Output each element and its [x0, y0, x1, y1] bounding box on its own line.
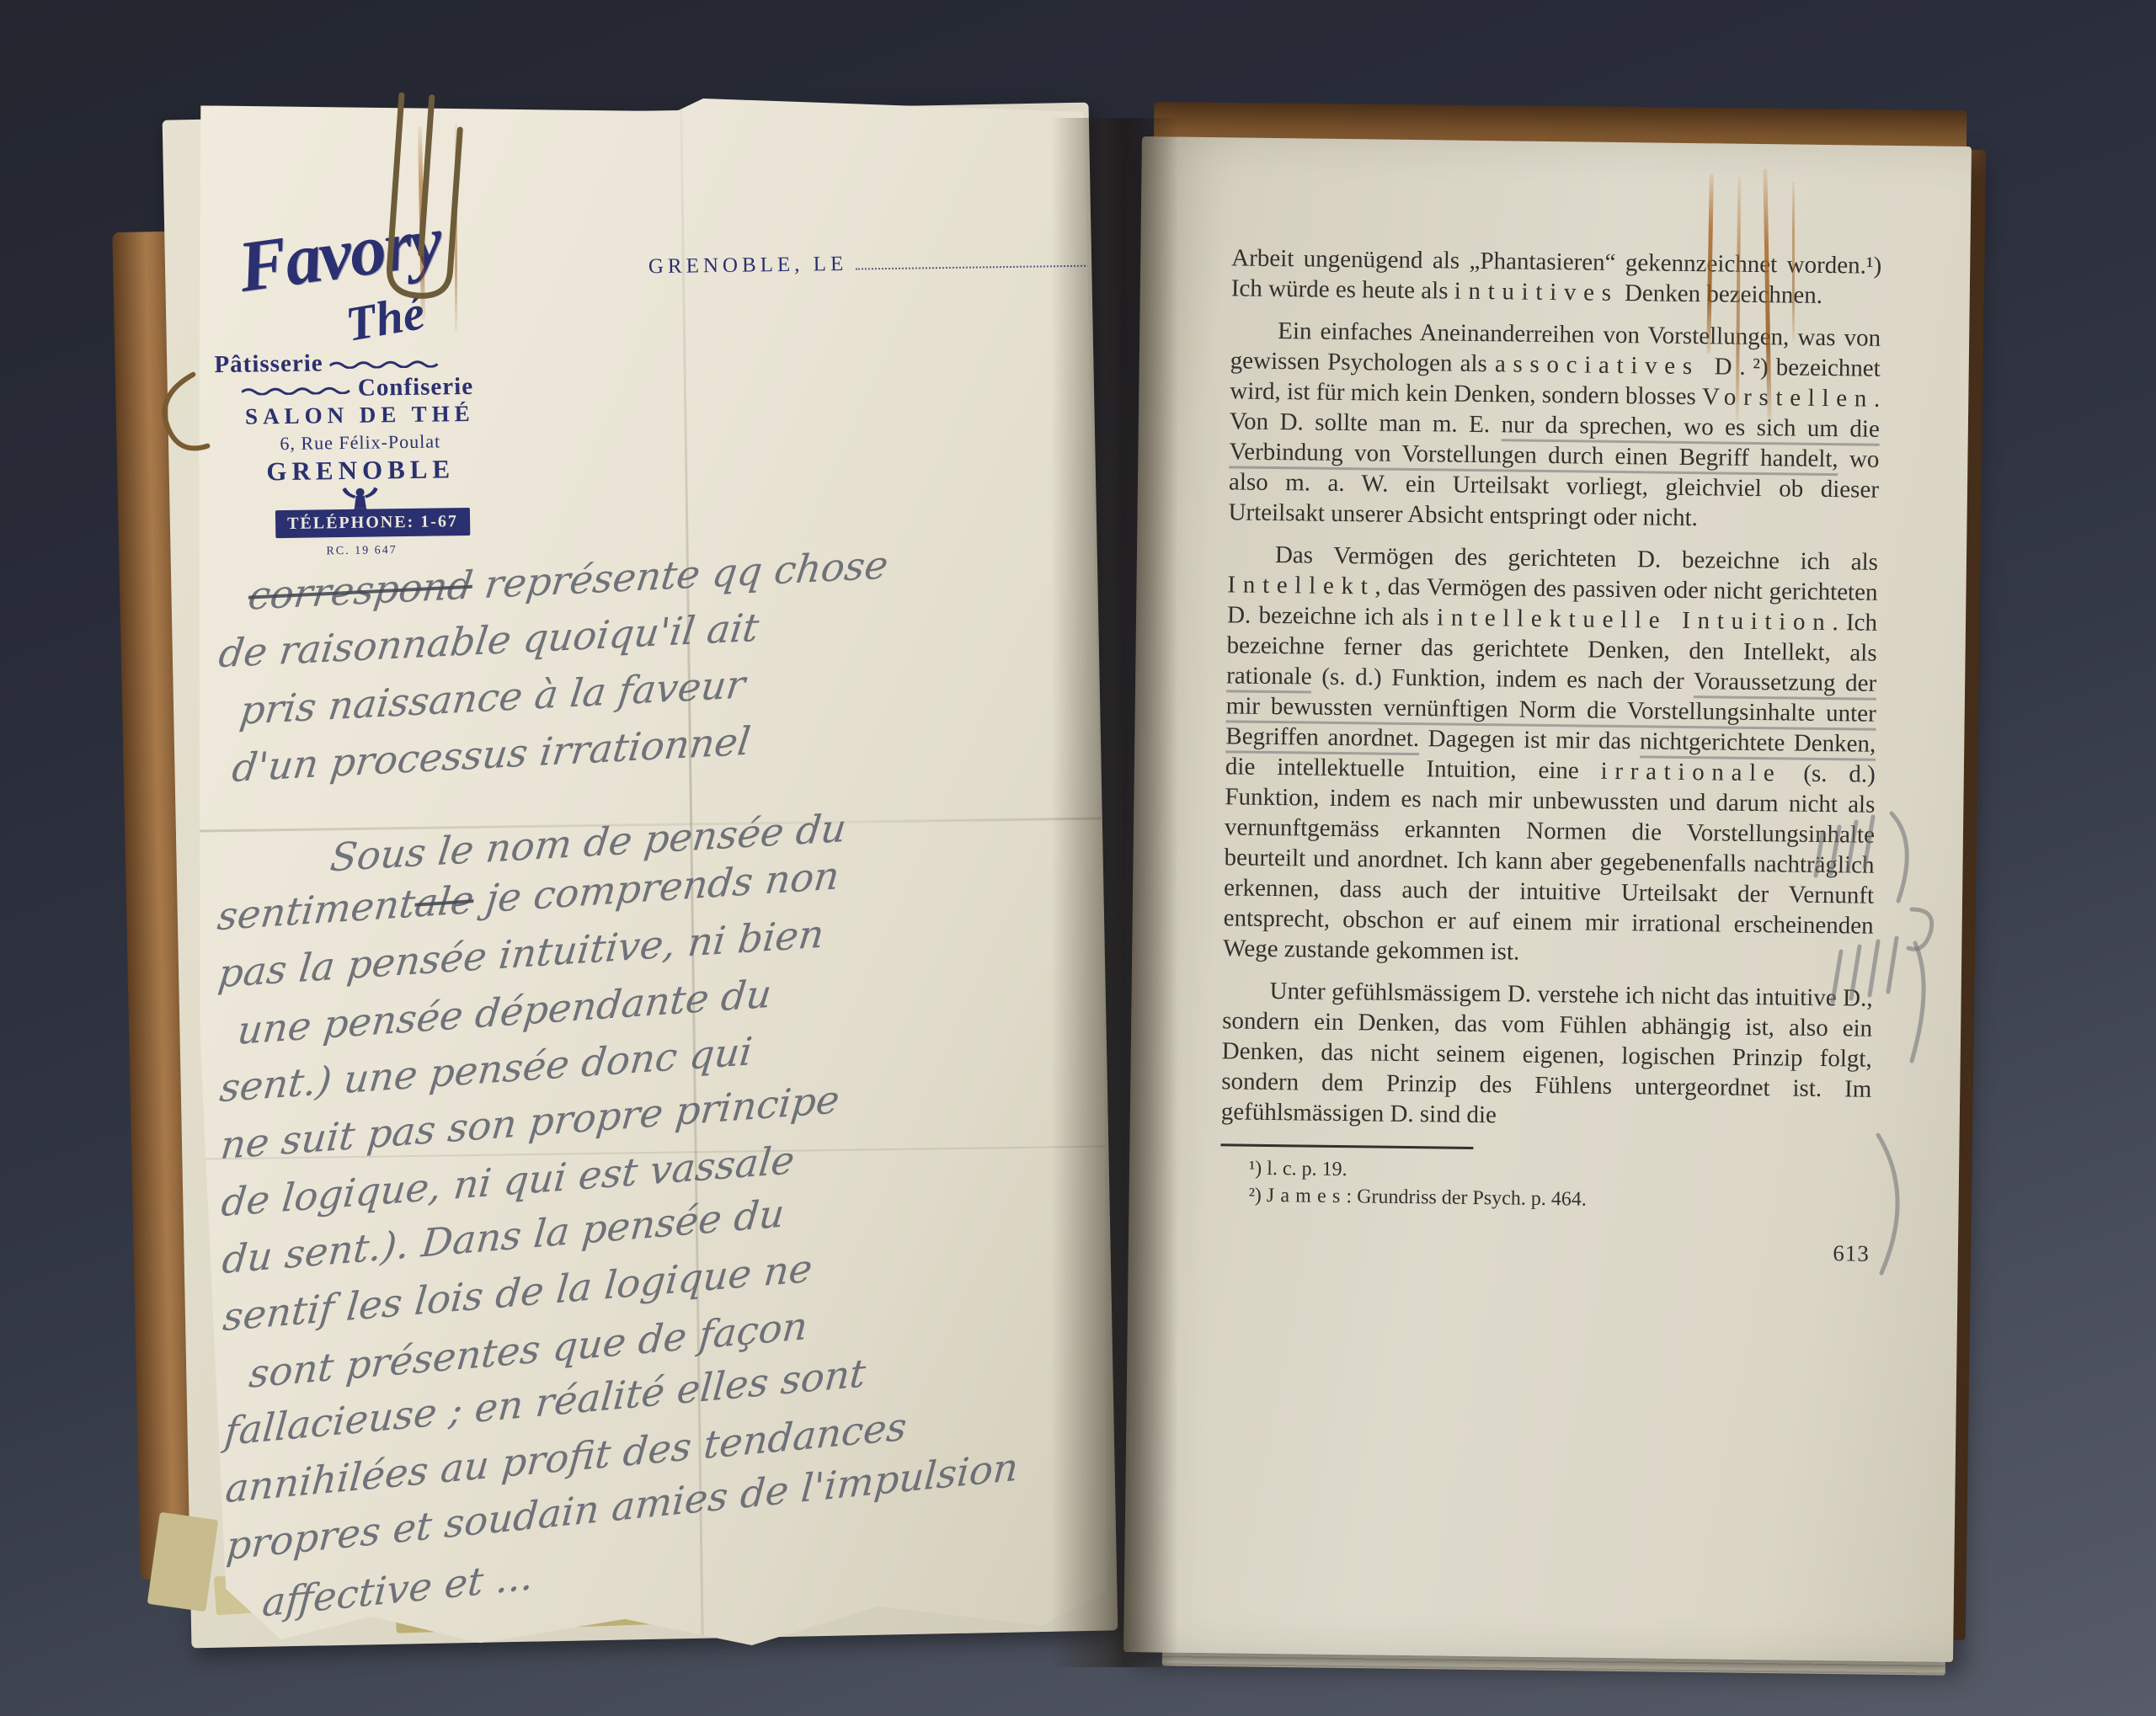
- text-segment: James: [1267, 1185, 1347, 1207]
- paragraph: Arbeit ungenügend als „Phantasieren“ gek…: [1231, 242, 1882, 311]
- wavy-rule-icon: [330, 357, 440, 369]
- text-segment: représente qq chose: [470, 542, 891, 608]
- text-segment: (s. d.) Funktion, indem es nach mir unbe…: [1223, 759, 1876, 965]
- city-label: GRENOBLE: [209, 453, 512, 488]
- wavy-rule-icon: [242, 383, 351, 395]
- text-segment: sentiment: [216, 881, 418, 939]
- date-label: GRENOBLE, LE: [648, 253, 848, 278]
- pencil-margin-mark: [1861, 1128, 1920, 1280]
- text-segment: (s. d.) Funktion, indem es nach der: [1311, 663, 1694, 695]
- text-segment: die intellektuelle Intuition, eine: [1225, 753, 1601, 784]
- pencil-margin-mark: [1828, 918, 1945, 1086]
- printed-text-column: Arbeit ungenügend als „Phantasieren“ gek…: [1219, 242, 1882, 1268]
- text-segment: intellektuelle Intuition: [1437, 604, 1833, 636]
- text-segment: nichtgerichtete Denken,: [1640, 727, 1876, 760]
- text-segment: Intellekt: [1227, 571, 1374, 600]
- paperclip-icon: [361, 90, 503, 317]
- text-segment: ²): [1249, 1185, 1267, 1207]
- paragraph: Das Vermögen des gerichteten D. bezeichn…: [1223, 539, 1878, 971]
- letterhead-confiserie: Confiserie: [242, 373, 474, 404]
- paragraph: Unter gefühlsmässigem D. verstehe ich ni…: [1221, 975, 1873, 1134]
- letter-sheet: Favory Thé Pâtisserie Confiserie SALON D…: [187, 93, 1114, 1660]
- text-segment: Unter gefühlsmässigem D. verstehe ich ni…: [1221, 978, 1873, 1128]
- text-segment: associatives D.: [1495, 350, 1753, 381]
- footnote-rule: [1220, 1143, 1473, 1149]
- text-segment: Das Vermögen des gerichteten D. bezeichn…: [1275, 541, 1878, 576]
- register-number: RC. 19 647: [210, 542, 513, 560]
- paragraph: Ein einfaches Aneinanderreihen von Vorst…: [1228, 315, 1881, 535]
- text-segment: intuitives: [1454, 278, 1619, 306]
- text-segment: Dagegen ist mir das: [1419, 725, 1640, 754]
- text-segment: Vorstellen: [1702, 383, 1874, 412]
- handwriting-block: correspond représente qq chosede raisonn…: [212, 562, 1095, 1638]
- text-segment: ¹) l. c. p. 19.: [1249, 1158, 1347, 1180]
- phone-badge: TÉLÉPHONE: 1-67: [275, 508, 470, 538]
- rust-stain: [1792, 181, 1795, 341]
- text-segment: : Grundriss der Psych. p. 464.: [1346, 1186, 1587, 1210]
- text-segment: irrationale: [1600, 758, 1781, 787]
- text-segment: rationale: [1226, 662, 1312, 693]
- date-line: GRENOBLE, LE: [648, 242, 1210, 280]
- salon-de-the-label: SALON DE THÉ: [208, 400, 511, 430]
- text-segment: correspond: [246, 562, 476, 619]
- photo-background: Arbeit ungenügend als „Phantasieren“ gek…: [0, 0, 2156, 1716]
- page-number: 613: [1219, 1230, 1870, 1268]
- text-segment: ale: [413, 877, 477, 926]
- confiserie-label: Confiserie: [358, 373, 474, 402]
- address-label: 6, Rue Félix-Poulat: [209, 429, 512, 456]
